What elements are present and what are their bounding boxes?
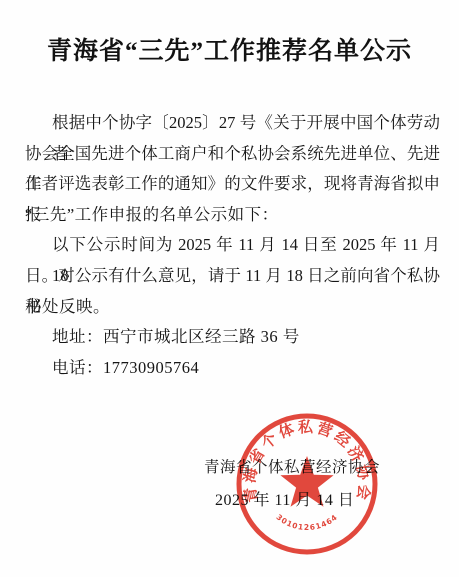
official-seal: 青海省个体私营经济协会 6301012614640 xyxy=(232,409,382,559)
body-line-phone: 电话：17730905764 xyxy=(25,353,440,384)
body-line: 根据中个协字〔2025〕27 号《关于开展中国个体劳动者 xyxy=(25,108,440,139)
document-body: 根据中个协字〔2025〕27 号《关于开展中国个体劳动者 协会全国先进个体工商户… xyxy=(25,108,440,383)
body-line: 作者评选表彰工作的通知》的文件要求，现将青海省拟申报 xyxy=(25,169,440,200)
body-line: 以下公示时间为 2025 年 11 月 14 日至 2025 年 11 月 18 xyxy=(25,230,440,261)
body-line: “三先”工作申报的名单公示如下： xyxy=(25,200,440,231)
body-line-address: 地址：西宁市城北区经三路 36 号 xyxy=(25,322,440,353)
seal-ring xyxy=(239,416,375,552)
body-line: 日。对公示有什么意见，请于 11 月 18 日之前向省个私协秘 xyxy=(25,261,440,292)
body-line: 协会全国先进个体工商户和个私协会系统先进单位、先进工 xyxy=(25,139,440,170)
signature-organization: 青海省个体私营经济协会 xyxy=(204,455,380,477)
document-page: 青海省“三先”工作推荐名单公示 根据中个协字〔2025〕27 号《关于开展中国个… xyxy=(0,0,459,577)
document-title: 青海省“三先”工作推荐名单公示 xyxy=(0,31,459,67)
signature-date: 2025 年 11 月 14 日 xyxy=(215,487,354,510)
body-line: 书处反映。 xyxy=(25,292,440,323)
